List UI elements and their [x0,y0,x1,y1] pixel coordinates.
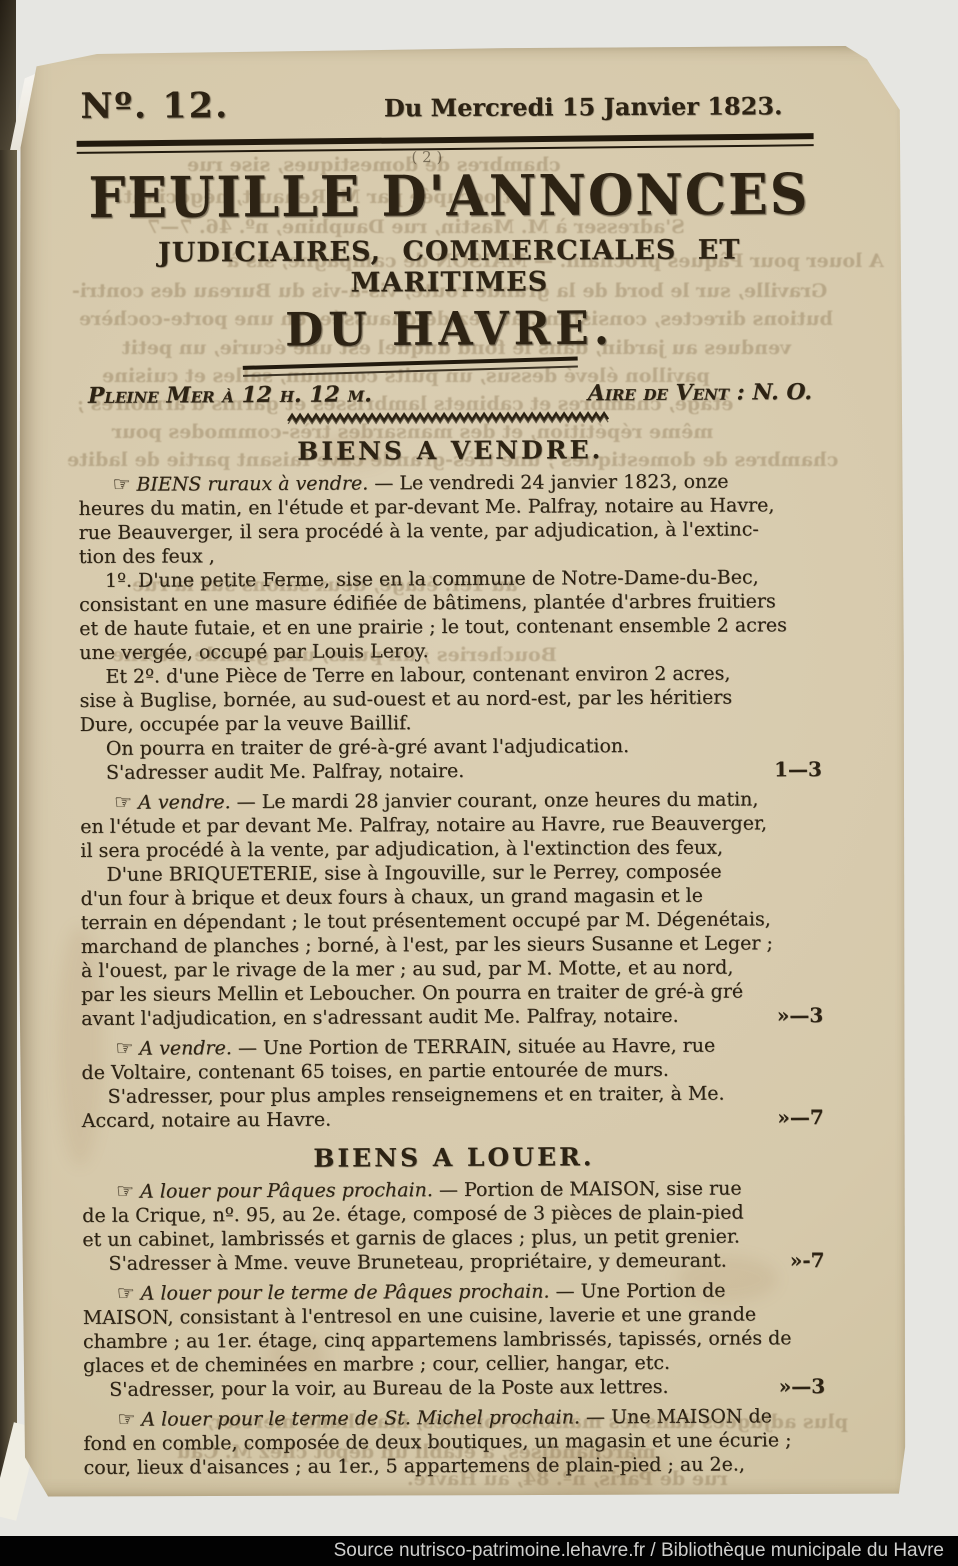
ad-text: 1º. D'une petite Ferme, sise en la commu… [79,566,787,664]
manicule-icon: ☞ [116,1179,134,1203]
header-rule [77,133,814,154]
section-heading-biens-a-louer: BIENS A LOUER. [82,1141,826,1174]
printed-content: Nº. 12. Du Mercredi 15 Janvier 1823. ( 2… [76,82,827,1480]
tide-wind-row: Pleine Mer à 12 h. 12 m. Aire de Vent : … [78,379,822,409]
ad-text: D'une BRIQUETERIE, sise à Ingouville, su… [81,861,773,1030]
ad-paragraph: S'adresser audit Me. Palfray, notaire.1—… [80,757,824,785]
zigzag-ornament [285,409,615,425]
ad-biens-ruraux: ☞ BIENS ruraux à vendre. — Le vendredi 2… [78,468,824,785]
masthead-title: FEUILLE D'ANNONCES [77,162,821,232]
ad-category-lead: A louer pour le terme de St. Michel proc… [141,1406,580,1430]
scan-background: chambres de domestiques, sise rue et occ… [0,0,958,1566]
issue-number: Nº. 12. [80,85,229,127]
ad-reference-mark: »-7 [790,1248,825,1272]
ad-category-lead: A louer pour Pâques prochain. [140,1179,433,1203]
ad-text: S'adresser, pour plus amples renseigneme… [82,1083,725,1132]
wind-direction: Aire de Vent : N. O. [588,379,812,406]
ad-maison-crique: ☞ A louer pour Pâques prochain. — Portio… [82,1175,826,1276]
ad-paragraph: ☞ A louer pour le terme de Pâques procha… [83,1277,827,1378]
ad-paragraph: ☞ A louer pour le terme de St. Michel pr… [83,1403,827,1480]
ad-category-lead: A vendre. [139,1037,232,1059]
manicule-icon: ☞ [115,1036,133,1060]
ad-paragraph: ☞ A louer pour Pâques prochain. — Portio… [82,1175,826,1252]
ad-category-lead: A vendre. [138,791,231,813]
ad-text: S'adresser à Mme. veuve Bruneteau, propr… [108,1250,726,1275]
title-rule [243,357,578,377]
ad-briqueterie: ☞ A vendre. — Le mardi 28 janvier couran… [80,786,825,1031]
scan-credit-bar: Source nutrisco-patrimoine.lehavre.fr / … [0,1536,958,1566]
ad-reference-mark: 1—3 [774,757,822,781]
ad-reference-mark: »—3 [777,1003,824,1027]
ad-maison-st-michel: ☞ A louer pour le terme de St. Michel pr… [83,1403,827,1480]
ad-paragraph: ☞ BIENS ruraux à vendre. — Le vendredi 2… [78,468,822,569]
ad-text: S'adresser, pour la voir, au Bureau de l… [109,1376,668,1401]
ad-paragraph: ☞ A vendre. — Une Portion de TERRAIN, si… [81,1032,825,1085]
ad-paragraph: ☞ A vendre. — Le mardi 28 janvier couran… [80,786,824,863]
newspaper-page: chambres de domestiques, sise rue et occ… [17,46,906,1498]
book-binding [0,150,17,1515]
scan-credit-text: Source nutrisco-patrimoine.lehavre.fr / … [334,1540,944,1562]
manicule-icon: ☞ [117,1281,135,1305]
manicule-icon: ☞ [112,472,130,496]
ad-paragraph: S'adresser à Mme. veuve Bruneteau, propr… [82,1248,826,1276]
ad-category-lead: BIENS ruraux à vendre. [136,472,368,495]
section-heading-biens-a-vendre: BIENS A VENDRE. [78,434,822,467]
ad-portion-maison: ☞ A louer pour le terme de Pâques procha… [83,1277,828,1402]
ad-paragraph: S'adresser, pour plus amples renseigneme… [82,1081,826,1133]
ad-reference-mark: »—7 [777,1105,824,1129]
ad-text: Et 2º. d'une Pièce de Terre en labour, c… [80,663,733,736]
ad-text: S'adresser audit Me. Palfray, notaire. [106,760,464,784]
manicule-icon: ☞ [117,1407,135,1431]
tide-time: Pleine Mer à 12 h. 12 m. [88,381,372,408]
ad-paragraph: Et 2º. d'une Pièce de Terre en labour, c… [79,661,823,737]
ad-category-lead: A louer pour le terme de Pâques prochain… [141,1280,550,1304]
masthead-subtitle: JUDICIAIRES, COMMERCIALES ET MARITIMES [77,234,821,300]
ad-terrain: ☞ A vendre. — Une Portion de TERRAIN, si… [81,1032,825,1133]
ad-text: On pourra en traiter de gré-à-gré avant … [106,735,629,760]
masthead-place-line: DU HAVRE. [78,301,822,358]
manicule-icon: ☞ [114,790,132,814]
ad-paragraph: S'adresser, pour la voir, au Bureau de l… [83,1374,827,1402]
ad-paragraph: 1º. D'une petite Ferme, sise en la commu… [79,565,823,665]
ad-reference-mark: »—3 [779,1374,826,1398]
ad-paragraph: D'une BRIQUETERIE, sise à Ingouville, su… [80,859,825,1031]
date-line: Du Mercredi 15 Janvier 1823. [384,91,783,122]
masthead-header-row: Nº. 12. Du Mercredi 15 Janvier 1823. [76,82,820,127]
